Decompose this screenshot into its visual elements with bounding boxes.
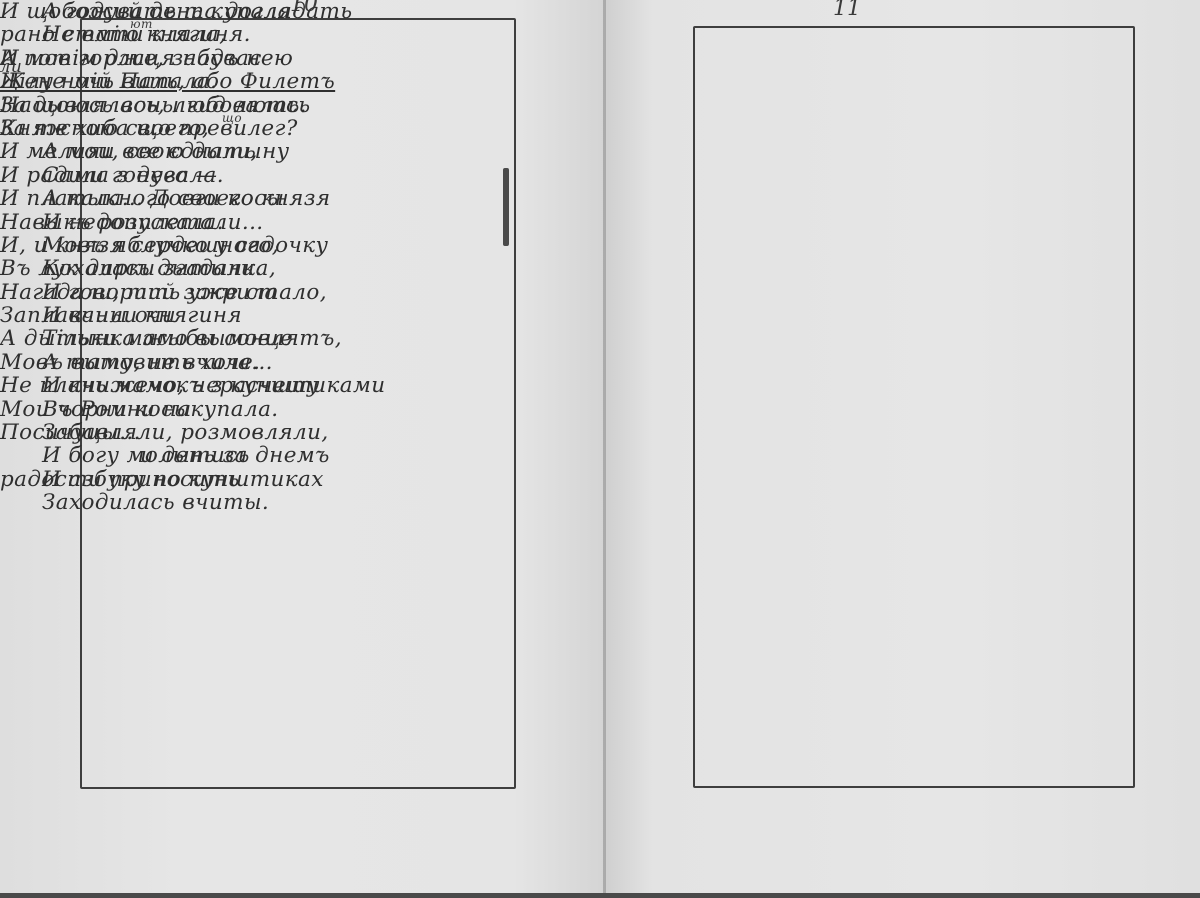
- text-line: Въ лук дирки згадали.: [0, 257, 330, 280]
- text-line: Мои чорни косы: [0, 398, 330, 421]
- text-line: Посичуцы...: [0, 421, 330, 444]
- page-number: 11: [833, 0, 861, 21]
- right-page: 11: [605, 0, 1200, 893]
- notebook-spread: 10 11 А годувать та доглядать Не вмію кн…: [0, 0, 1200, 893]
- text-line: Не плачь мамо, нерасчешу: [0, 374, 330, 397]
- text-line: И щобожий день купала: [0, 0, 330, 23]
- right-page-text: И щобожий день купала рано стати клала, …: [0, 0, 330, 491]
- text-line: литали Цілу ночь витала.: [0, 70, 330, 93]
- text-line: Нагадали, тий закрила: [0, 281, 330, 304]
- text-line: И мелияи все єднали,: [0, 140, 330, 163]
- text-line: Заплаканы очи: [0, 304, 330, 327]
- margin-edit-bar: [503, 168, 509, 246]
- text-line: А дытынка жыбы сонце: [0, 327, 330, 350]
- text-line: Княжною своего,: [0, 117, 330, 140]
- text-line: Мовъ вымовить хоче.: [0, 351, 330, 374]
- text-line: Заходилась вчиты.: [0, 491, 385, 514]
- book-bottom-edge: [0, 893, 1200, 898]
- text-line: И, и князя сердешного,: [0, 234, 330, 257]
- book-gutter: [603, 0, 606, 893]
- text-line: И плакала... Довги косы: [0, 187, 330, 210]
- text-line: радости приносить: [0, 468, 330, 491]
- margin-note: литали: [0, 56, 22, 79]
- page-frame: [693, 26, 1135, 788]
- text-line: рано стати клала,: [0, 23, 330, 46]
- text-line: и день за днемъ: [0, 444, 330, 467]
- text-line: уже Навыкъ розплетали...: [0, 211, 330, 234]
- text-line: ... Надывлялась, любовалась: [0, 94, 330, 117]
- text-line: И радила з него —: [0, 164, 330, 187]
- text-line: И мов горлиця надъ нею: [0, 47, 330, 70]
